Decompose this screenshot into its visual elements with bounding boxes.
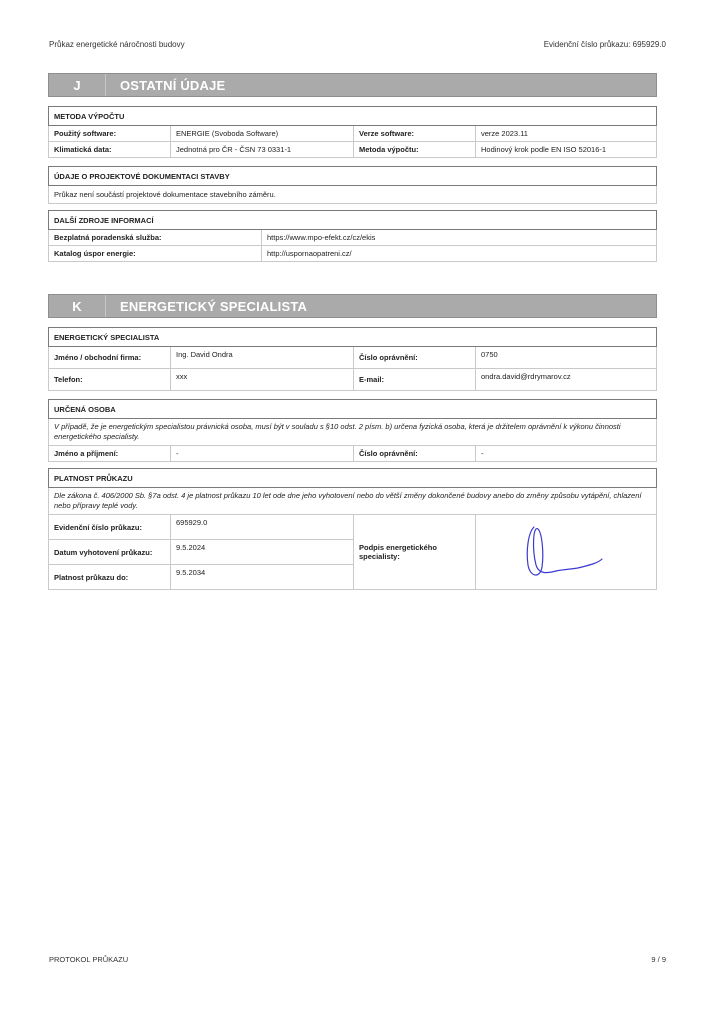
platnost-table: PLATNOST PRŮKAZU Dle zákona č. 406/2000 … <box>48 468 657 590</box>
evid-value: 695929.0 <box>171 515 354 540</box>
metoda-label: Metoda výpočtu: <box>354 142 476 158</box>
evidence-number-header: Evidenční číslo průkazu: 695929.0 <box>544 40 666 49</box>
section-k-letter: K <box>49 295 106 317</box>
email-label: E-mail: <box>354 369 476 391</box>
datum-value: 9.5.2024 <box>171 540 354 565</box>
zdroje-heading: DALŠÍ ZDROJE INFORMACÍ <box>49 211 657 230</box>
urcena-cislo-value: - <box>476 446 657 462</box>
urcena-cislo-label: Číslo oprávnění: <box>354 446 476 462</box>
page-number: 9 / 9 <box>651 955 666 964</box>
specialista-table: ENERGETICKÝ SPECIALISTA Jméno / obchodní… <box>48 327 657 391</box>
email-value[interactable]: ondra.david@rdrymarov.cz <box>476 369 657 391</box>
jmeno-value: Ing. David Ondra <box>171 347 354 369</box>
katalog-label: Katalog úspor energie: <box>49 246 262 262</box>
projekt-text: Průkaz není součástí projektové dokument… <box>49 186 657 204</box>
section-j-bar: J OSTATNÍ ÚDAJE <box>48 73 657 97</box>
projekt-table: ÚDAJE O PROJEKTOVÉ DOKUMENTACI STAVBY Pr… <box>48 166 657 204</box>
klima-value: Jednotná pro ČR - ČSN 73 0331-1 <box>171 142 354 158</box>
section-j-letter: J <box>49 74 106 96</box>
platnost-do-label: Platnost průkazu do: <box>49 565 171 590</box>
footer-title: PROTOKOL PRŮKAZU <box>49 955 128 964</box>
metoda-value: Hodinový krok podle EN ISO 52016-1 <box>476 142 657 158</box>
document-title: Průkaz energetické náročnosti budovy <box>49 40 185 49</box>
platnost-do-value: 9.5.2034 <box>171 565 354 590</box>
podpis-label: Podpis energetického specialisty: <box>354 515 476 590</box>
telefon-value: xxx <box>171 369 354 391</box>
poradenska-link[interactable]: https://www.mpo-efekt.cz/cz/ekis <box>262 230 657 246</box>
metoda-vypoctu-table: METODA VÝPOČTU Použitý software: ENERGIE… <box>48 106 657 158</box>
katalog-link[interactable]: http://uspornaopatreni.cz/ <box>262 246 657 262</box>
signature-icon <box>506 521 626 581</box>
telefon-label: Telefon: <box>49 369 171 391</box>
projekt-heading: ÚDAJE O PROJEKTOVÉ DOKUMENTACI STAVBY <box>49 167 657 186</box>
software-label: Použitý software: <box>49 126 171 142</box>
section-k-title: ENERGETICKÝ SPECIALISTA <box>106 299 307 314</box>
section-k-bar: K ENERGETICKÝ SPECIALISTA <box>48 294 657 318</box>
klima-label: Klimatická data: <box>49 142 171 158</box>
platnost-heading: PLATNOST PRŮKAZU <box>49 469 657 488</box>
section-j-title: OSTATNÍ ÚDAJE <box>106 78 225 93</box>
cislo-value: 0750 <box>476 347 657 369</box>
datum-label: Datum vyhotovení průkazu: <box>49 540 171 565</box>
urcena-heading: URČENÁ OSOBA <box>49 400 657 419</box>
cislo-label: Číslo oprávnění: <box>354 347 476 369</box>
evid-label: Evidenční číslo průkazu: <box>49 515 171 540</box>
platnost-note: Dle zákona č. 406/2000 Sb. §7a odst. 4 j… <box>49 488 657 515</box>
urcena-jmeno-label: Jméno a příjmení: <box>49 446 171 462</box>
software-value: ENERGIE (Svoboda Software) <box>171 126 354 142</box>
jmeno-label: Jméno / obchodní firma: <box>49 347 171 369</box>
urcena-jmeno-value: - <box>171 446 354 462</box>
urcena-note: V případě, že je energetickým specialist… <box>49 419 657 446</box>
zdroje-table: DALŠÍ ZDROJE INFORMACÍ Bezplatná poraden… <box>48 210 657 262</box>
verze-value: verze 2023.11 <box>476 126 657 142</box>
metoda-heading: METODA VÝPOČTU <box>49 107 657 126</box>
poradenska-label: Bezplatná poradenská služba: <box>49 230 262 246</box>
urcena-osoba-table: URČENÁ OSOBA V případě, že je energetick… <box>48 399 657 462</box>
verze-label: Verze software: <box>354 126 476 142</box>
specialista-heading: ENERGETICKÝ SPECIALISTA <box>49 328 657 347</box>
signature-cell <box>476 515 657 590</box>
